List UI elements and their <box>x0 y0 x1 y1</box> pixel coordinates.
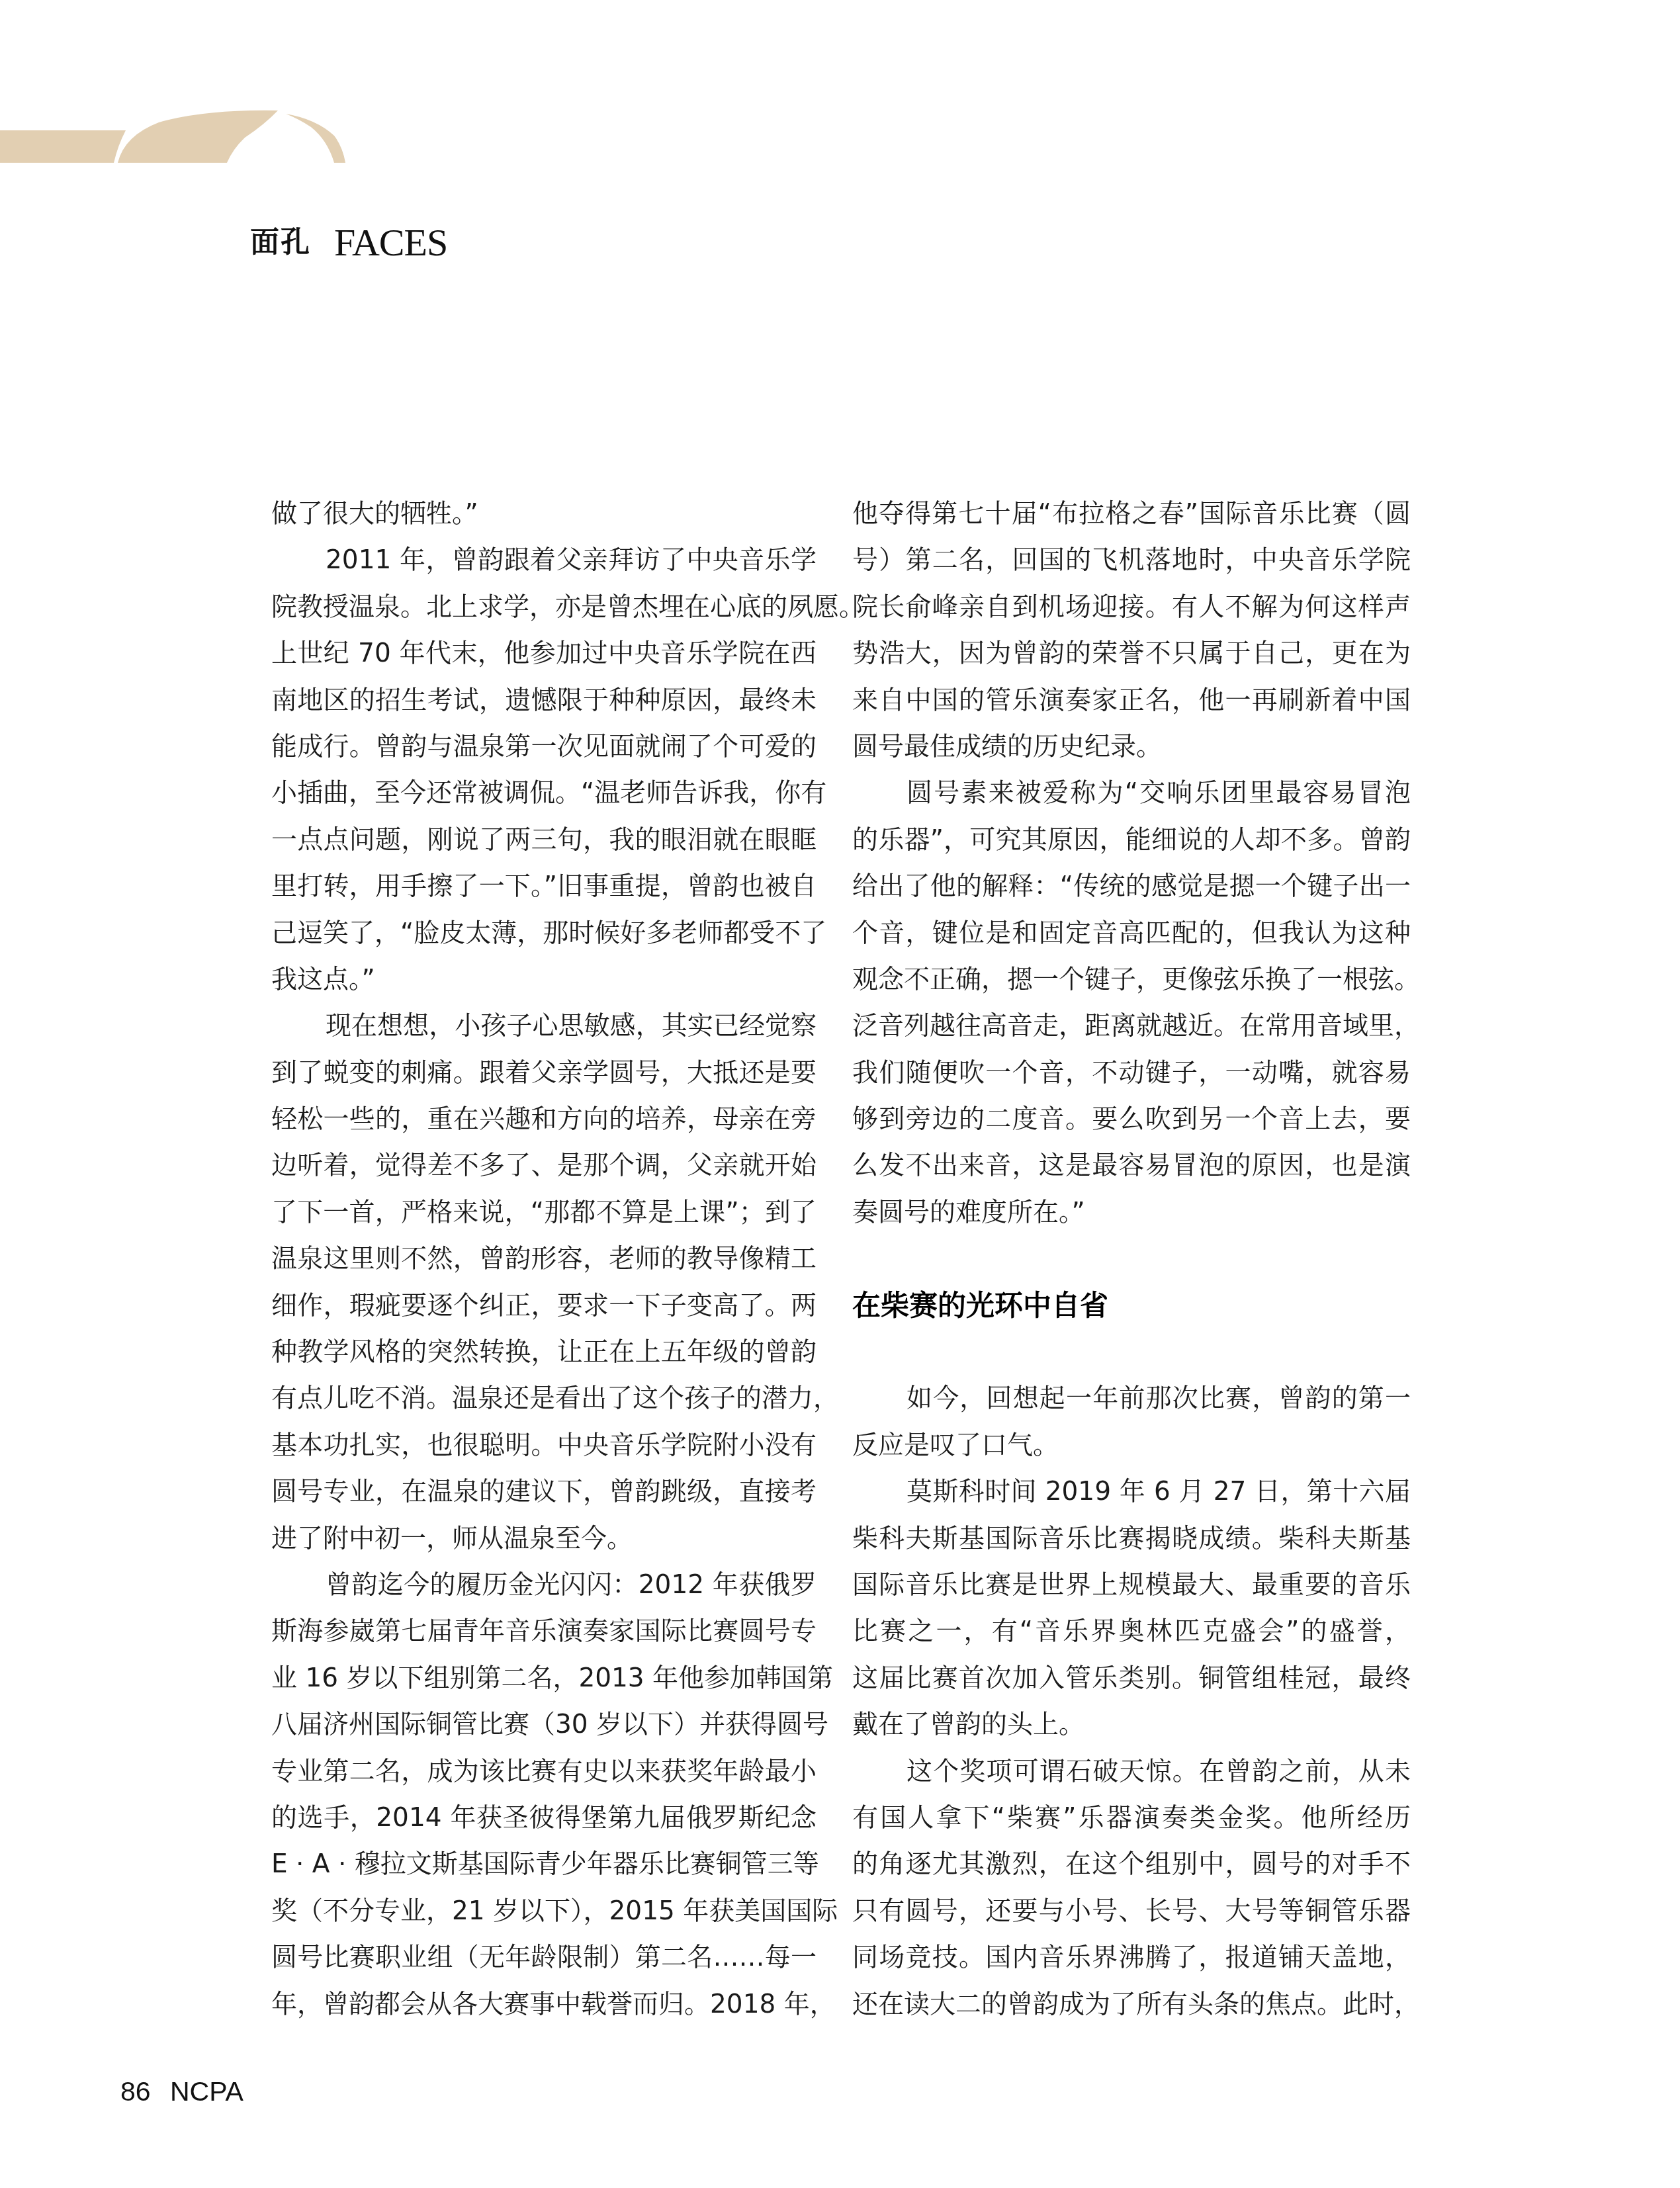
text-line: 圆号专业，在温泉的建议下，曾韵跳级，直接考 <box>271 1469 817 1515</box>
left-column: 做了很大的牺牲。”2011 年，曾韵跟着父亲拜访了中央音乐学院教授温泉。北上求学… <box>271 491 817 2028</box>
text-line: 种教学风格的突然转换，让正在上五年级的曾韵 <box>271 1329 817 1376</box>
text-line: 够到旁边的二度音。要么吹到另一个音上去，要 <box>852 1096 1411 1143</box>
text-line: 势浩大，因为曾韵的荣誉不只属于自己，更在为 <box>852 631 1411 677</box>
text-line: 温泉这里则不然，曾韵形容，老师的教导像精工 <box>271 1236 817 1282</box>
text-line: 做了很大的牺牲。” <box>271 491 817 537</box>
text-line: 里打转，用手擦了一下。”旧事重提，曾韵也被自 <box>271 863 817 910</box>
section-header: 面孔 FACES <box>0 99 529 179</box>
text-line: 年，曾韵都会从各大赛事中载誉而归。2018 年， <box>271 1982 817 2028</box>
text-line: 曾韵迄今的履历金光闪闪：2012 年获俄罗 <box>271 1562 817 1608</box>
text-line: 国际音乐比赛是世界上规模最大、最重要的音乐 <box>852 1562 1411 1608</box>
page-footer: 86 NCPA <box>120 2076 243 2107</box>
text-line: 到了蜕变的刺痛。跟着父亲学圆号，大抵还是要 <box>271 1050 817 1096</box>
text-line: 么发不出来音，这是最容易冒泡的原因，也是演 <box>852 1143 1411 1189</box>
text-line: 有点儿吃不消。温泉还是看出了这个孩子的潜力， <box>271 1376 817 1422</box>
text-line: 泛音列越往高音走，距离就越近。在常用音域里， <box>852 1003 1411 1049</box>
text-line: 来自中国的管乐演奏家正名，他一再刷新着中国 <box>852 678 1411 724</box>
spacer <box>852 1329 1411 1376</box>
section-title-en: FACES <box>334 222 447 263</box>
text-line: 上世纪 70 年代末，他参加过中央音乐学院在西 <box>271 631 817 677</box>
text-line: 戴在了曾韵的头上。 <box>852 1702 1411 1748</box>
page-number: 86 <box>120 2076 151 2107</box>
text-line: 的角逐尤其激烈，在这个组别中，圆号的对手不 <box>852 1841 1411 1888</box>
text-line: 如今，回想起一年前那次比赛，曾韵的第一 <box>852 1376 1411 1422</box>
header-decoration-icon <box>0 99 529 179</box>
text-line: 专业第二名，成为该比赛有史以来获奖年龄最小 <box>271 1749 817 1795</box>
text-line: 只有圆号，还要与小号、长号、大号等铜管乐器 <box>852 1888 1411 1935</box>
text-line: 还在读大二的曾韵成为了所有头条的焦点。此时， <box>852 1982 1411 2028</box>
text-line: 院长俞峰亲自到机场迎接。有人不解为何这样声 <box>852 584 1411 631</box>
text-line: 我们随便吹一个音，不动键子，一动嘴，就容易 <box>852 1050 1411 1096</box>
text-line: 这届比赛首次加入管乐类别。铜管组桂冠，最终 <box>852 1655 1411 1702</box>
text-line: 小插曲，至今还常被调侃。“温老师告诉我，你有 <box>271 770 817 816</box>
text-line: 己逗笑了，“脸皮太薄，那时候好多老师都受不了 <box>271 910 817 957</box>
text-line: 八届济州国际铜管比赛（30 岁以下）并获得圆号 <box>271 1702 817 1748</box>
text-line: 我这点。” <box>271 957 817 1003</box>
text-line: 观念不正确，摁一个键子，更像弦乐换了一根弦。 <box>852 957 1411 1003</box>
text-line: 奖（不分专业，21 岁以下），2015 年获美国国际 <box>271 1888 817 1935</box>
text-line: 同场竞技。国内音乐界沸腾了，报道铺天盖地， <box>852 1935 1411 1981</box>
right-column: 他夺得第七十届“布拉格之春”国际音乐比赛（圆号）第二名，回国的飞机落地时，中央音… <box>852 491 1411 2028</box>
section-title-cn: 面孔 <box>250 226 311 259</box>
text-line: 比赛之一，有“音乐界奥林匹克盛会”的盛誉， <box>852 1608 1411 1655</box>
text-line: 南地区的招生考试，遗憾限于种种原因，最终未 <box>271 678 817 724</box>
text-line: 他夺得第七十届“布拉格之春”国际音乐比赛（圆 <box>852 491 1411 537</box>
text-line: 圆号素来被爱称为“交响乐团里最容易冒泡 <box>852 770 1411 816</box>
text-line: 奏圆号的难度所在。” <box>852 1190 1411 1236</box>
text-line: 给出了他的解释：“传统的感觉是摁一个键子出一 <box>852 863 1411 910</box>
text-line: 的乐器”，可究其原因，能细说的人却不多。曾韵 <box>852 817 1411 863</box>
subheading: 在柴赛的光环中自省 <box>852 1283 1411 1329</box>
text-line: 能成行。曾韵与温泉第一次见面就闹了个可爱的 <box>271 724 817 770</box>
text-line: 2011 年，曾韵跟着父亲拜访了中央音乐学 <box>271 537 817 584</box>
text-line: 莫斯科时间 2019 年 6 月 27 日，第十六届 <box>852 1469 1411 1515</box>
text-line: 反应是叹了口气。 <box>852 1422 1411 1469</box>
text-line: 基本功扎实，也很聪明。中央音乐学院附小没有 <box>271 1422 817 1469</box>
spacer <box>852 1236 1411 1282</box>
text-line: 边听着，觉得差不多了、是那个调，父亲就开始 <box>271 1143 817 1189</box>
publication-name: NCPA <box>170 2076 243 2107</box>
text-line: 一点点问题，刚说了两三句，我的眼泪就在眼眶 <box>271 817 817 863</box>
text-line: 现在想想，小孩子心思敏感，其实已经觉察 <box>271 1003 817 1049</box>
text-line: 个音，键位是和固定音高匹配的，但我认为这种 <box>852 910 1411 957</box>
text-line: 有国人拿下“柴赛”乐器演奏类金奖。他所经历 <box>852 1795 1411 1841</box>
text-line: 号）第二名，回国的飞机落地时，中央音乐学院 <box>852 537 1411 584</box>
text-line: 圆号比赛职业组（无年龄限制）第二名……每一 <box>271 1935 817 1981</box>
text-line: 院教授温泉。北上求学，亦是曾杰埋在心底的夙愿。 <box>271 584 817 631</box>
text-line: 轻松一些的，重在兴趣和方向的培养，母亲在旁 <box>271 1096 817 1143</box>
text-line: 圆号最佳成绩的历史纪录。 <box>852 724 1411 770</box>
text-line: 柴科夫斯基国际音乐比赛揭晓成绩。柴科夫斯基 <box>852 1516 1411 1562</box>
text-line: 细作，瑕疵要逐个纠正，要求一下子变高了。两 <box>271 1283 817 1329</box>
text-line: 业 16 岁以下组别第二名，2013 年他参加韩国第 <box>271 1655 817 1702</box>
text-line: 这个奖项可谓石破天惊。在曾韵之前，从未 <box>852 1749 1411 1795</box>
text-line: 进了附中初一，师从温泉至今。 <box>271 1516 817 1562</box>
text-line: 斯海参崴第七届青年音乐演奏家国际比赛圆号专 <box>271 1608 817 1655</box>
text-line: E · A · 穆拉文斯基国际青少年器乐比赛铜管三等 <box>271 1841 817 1888</box>
text-line: 的选手，2014 年获圣彼得堡第九届俄罗斯纪念 <box>271 1795 817 1841</box>
text-line: 了下一首，严格来说，“那都不算是上课”；到了 <box>271 1190 817 1236</box>
